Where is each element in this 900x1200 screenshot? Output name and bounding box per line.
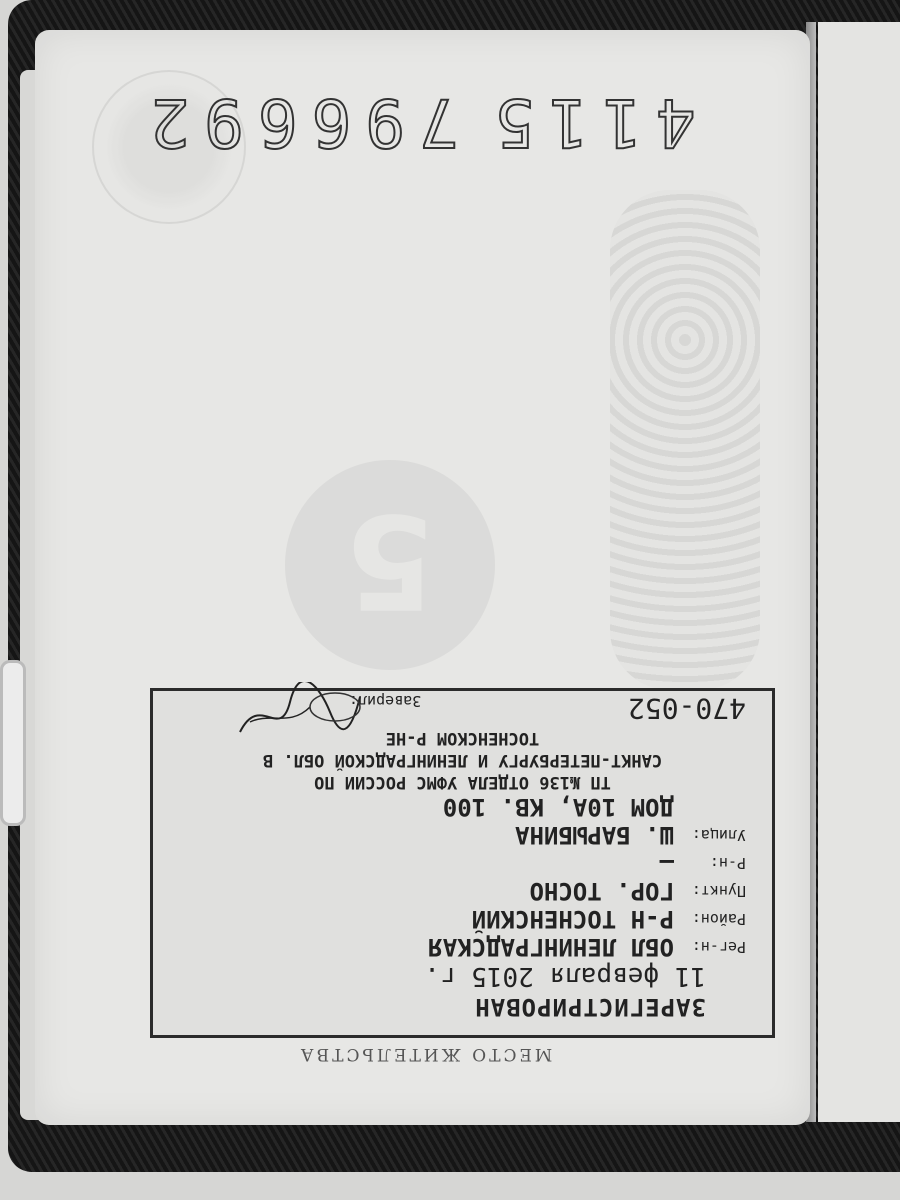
stamp-title: ЗАРЕГИСТРИРОВАН xyxy=(179,993,706,1021)
stamp-field-region: Рег-н: ОБЛ ЛЕНИНГРАДСКАЯ xyxy=(179,933,746,961)
stamp-field-street: Улица: Ш. БАРЫБИНА xyxy=(179,821,746,849)
serial-digit: 9 xyxy=(198,85,244,162)
signature-icon xyxy=(230,682,370,742)
cover-clasp xyxy=(0,660,26,826)
serial-digit: 6 xyxy=(306,85,352,162)
stamp-authority-line: ТП №136 ОТДЕЛА УФМС РОССИИ ПО xyxy=(179,771,746,793)
serial-digit: 1 xyxy=(543,85,589,162)
department-code: 470-052 xyxy=(628,692,746,725)
serial-digit: 1 xyxy=(596,85,642,162)
serial-digit: 9 xyxy=(359,85,405,162)
stamp-date: 11 февраля 2015 г. xyxy=(179,961,706,991)
stamp-field-subdistrict: Р-н: — xyxy=(179,849,746,877)
serial-digit: 6 xyxy=(252,85,298,162)
stamp-address-continuation: ДОМ 10А, КВ. 100 xyxy=(179,793,746,821)
stamp-field-district: Район: Р-Н ТОСНЕНСКИЙ xyxy=(179,905,746,933)
section-label: МЕСТО ЖИТЕЛЬСТВА xyxy=(240,1044,610,1064)
serial-digit: 5 xyxy=(489,85,535,162)
guilloche-ornament xyxy=(610,190,760,690)
perforated-serial-number: 4 1 1 5 7 9 6 6 9 2 xyxy=(120,78,720,168)
serial-digit: 2 xyxy=(144,85,190,162)
stamp-field-locality: Пункт: ГОР. ТОСНО xyxy=(179,877,746,905)
serial-digit: 4 xyxy=(650,85,696,162)
stamp-authority-line: САНКТ-ПЕТЕРБУРГУ И ЛЕНИНГРАДСКОЙ ОБЛ. В xyxy=(179,749,746,771)
serial-digit: 7 xyxy=(413,85,459,162)
page-number-watermark: 5 xyxy=(330,485,450,637)
right-page xyxy=(818,22,900,1122)
